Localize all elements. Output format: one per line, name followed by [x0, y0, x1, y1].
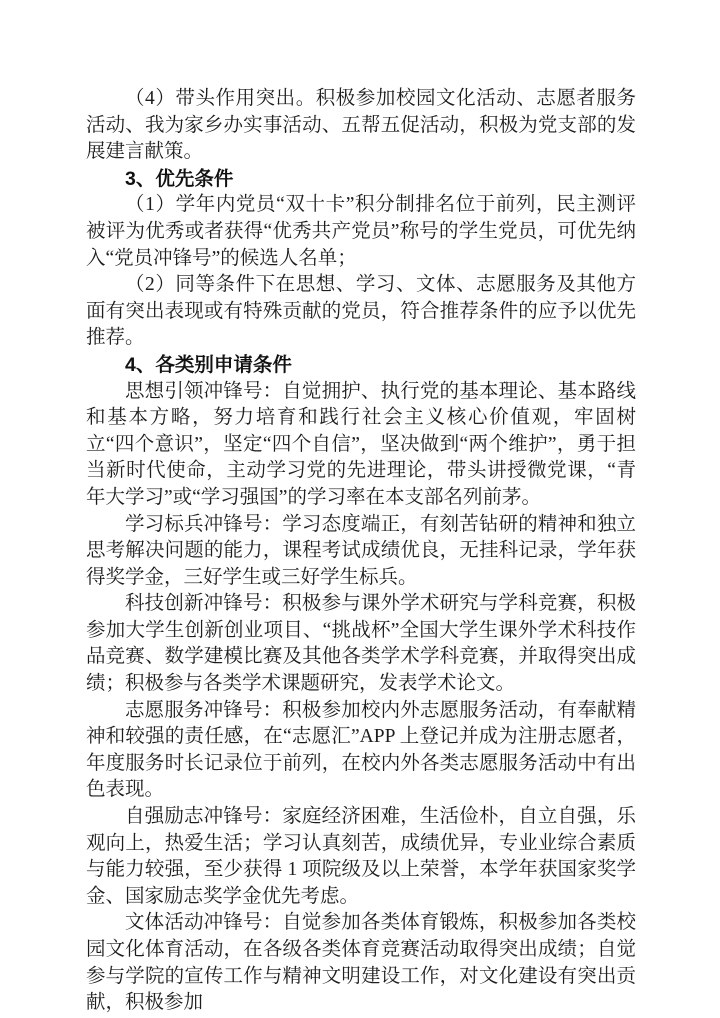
document-page: （4）带头作用突出。积极参加校园文化活动、志愿者服务活动、我为家乡办实事活动、五…	[0, 0, 720, 1018]
paragraph-self-improvement-vanguard: 自强励志冲锋号：家庭经济困难，生活俭朴，自立自强，乐观向上，热爱生活；学习认真刻…	[86, 804, 636, 910]
heading-category-conditions: 4、各类别申请条件	[86, 352, 636, 379]
paragraph-priority-item-1: （1）学年内党员“双十卡”积分制排名位于前列，民主测评被评为优秀或者获得“优秀共…	[86, 192, 636, 272]
paragraph-ideology-vanguard: 思想引领冲锋号：自觉拥护、执行党的基本理论、基本路线和基本方略，努力培育和践行社…	[86, 379, 636, 512]
paragraph-lead-role: （4）带头作用突出。积极参加校园文化活动、志愿者服务活动、我为家乡办实事活动、五…	[86, 86, 636, 166]
document-content: （4）带头作用突出。积极参加校园文化活动、志愿者服务活动、我为家乡办实事活动、五…	[86, 86, 636, 1017]
paragraph-priority-item-2: （2）同等条件下在思想、学习、文体、志愿服务及其他方面有突出表现或有特殊贡献的党…	[86, 272, 636, 352]
paragraph-study-model-vanguard: 学习标兵冲锋号：学习态度端正，有刻苦钻研的精神和独立思考解决问题的能力，课程考试…	[86, 512, 636, 592]
heading-priority-conditions: 3、优先条件	[86, 166, 636, 193]
paragraph-sports-culture-vanguard: 文体活动冲锋号：自觉参加各类体育锻炼，积极参加各类校园文化体育活动，在各级各类体…	[86, 910, 636, 1016]
paragraph-volunteer-vanguard: 志愿服务冲锋号：积极参加校内外志愿服务活动，有奉献精神和较强的责任感，在“志愿汇…	[86, 698, 636, 804]
paragraph-tech-innovation-vanguard: 科技创新冲锋号：积极参与课外学术研究与学科竞赛，积极参加大学生创新创业项目、“挑…	[86, 591, 636, 697]
